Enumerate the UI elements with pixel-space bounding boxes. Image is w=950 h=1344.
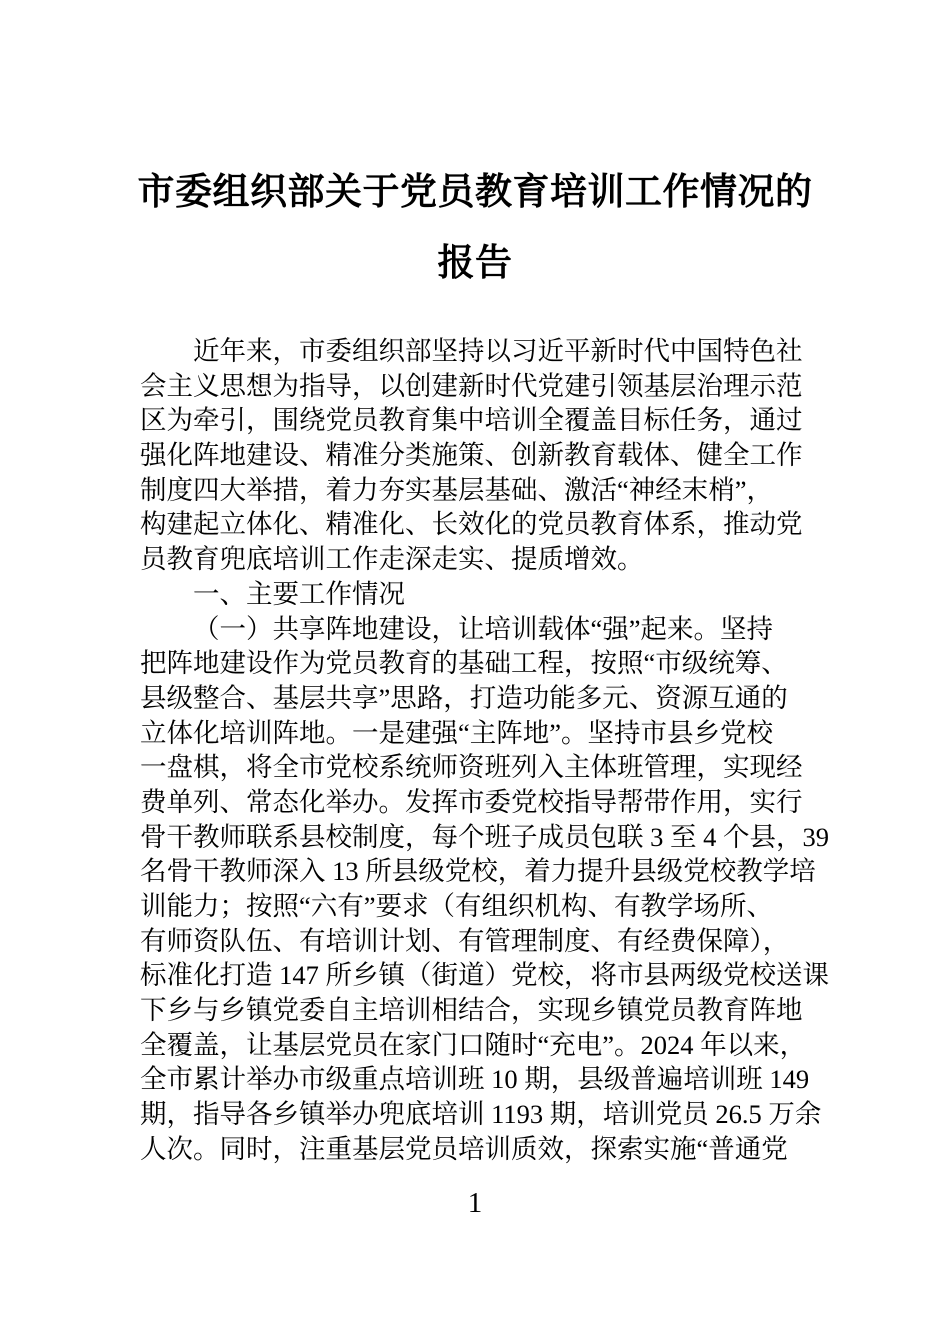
- section-heading: 一、主要工作情况: [140, 577, 812, 612]
- document-title: 市委组织部关于党员教育培训工作情况的 报告: [0, 156, 950, 298]
- body-line: 人次。同时，注重基层党员培训质效，探索实施“普通党: [140, 1132, 812, 1167]
- body-line: 强化阵地建设、精准分类施策、创新教育载体、健全工作: [140, 438, 812, 473]
- body-line: 全市累计举办市级重点培训班 10 期，县级普遍培训班 149: [140, 1062, 812, 1097]
- body-line: 制度四大举措，着力夯实基层基础、激活“神经末梢”，: [140, 473, 812, 508]
- body-line: 构建起立体化、精准化、长效化的党员教育体系，推动党: [140, 507, 812, 542]
- body-line: 费单列、常态化举办。发挥市委党校指导帮带作用，实行: [140, 785, 812, 820]
- body-line: 立体化培训阵地。一是建强“主阵地”。坚持市县乡党校: [140, 716, 812, 751]
- body-line: 下乡与乡镇党委自主培训相结合，实现乡镇党员教育阵地: [140, 993, 812, 1028]
- body-line: 区为牵引，围绕党员教育集中培训全覆盖目标任务，通过: [140, 403, 812, 438]
- body-line: 员教育兜底培训工作走深走实、提质增效。: [140, 542, 812, 577]
- body-line: 骨干教师联系县校制度，每个班子成员包联 3 至 4 个县，39: [140, 820, 812, 855]
- body-line: 县级整合、基层共享”思路，打造功能多元、资源互通的: [140, 681, 812, 716]
- document-body: 近年来，市委组织部坚持以习近平新时代中国特色社 会主义思想为指导，以创建新时代党…: [140, 334, 812, 1167]
- body-line: 全覆盖，让基层党员在家门口随时“充电”。2024 年以来，: [140, 1028, 812, 1063]
- title-line-2: 报告: [0, 227, 950, 298]
- body-line: 训能力；按照“六有”要求（有组织机构、有教学场所、: [140, 889, 812, 924]
- page-number: 1: [0, 1186, 950, 1220]
- document-page: 市委组织部关于党员教育培训工作情况的 报告 近年来，市委组织部坚持以习近平新时代…: [0, 0, 950, 1344]
- body-line: 期，指导各乡镇举办兜底培训 1193 期，培训党员 26.5 万余: [140, 1097, 812, 1132]
- body-line: 近年来，市委组织部坚持以习近平新时代中国特色社: [140, 334, 812, 369]
- body-line: 有师资队伍、有培训计划、有管理制度、有经费保障），: [140, 924, 812, 959]
- body-line: 一盘棋，将全市党校系统师资班列入主体班管理，实现经: [140, 750, 812, 785]
- body-line: 会主义思想为指导，以创建新时代党建引领基层治理示范: [140, 369, 812, 404]
- body-line: 名骨干教师深入 13 所县级党校，着力提升县级党校教学培: [140, 854, 812, 889]
- body-line: 把阵地建设作为党员教育的基础工程，按照“市级统筹、: [140, 646, 812, 681]
- body-line: 标准化打造 147 所乡镇（街道）党校，将市县两级党校送课: [140, 958, 812, 993]
- body-line: （一）共享阵地建设，让培训载体“强”起来。坚持: [140, 612, 812, 647]
- title-line-1: 市委组织部关于党员教育培训工作情况的: [0, 156, 950, 227]
